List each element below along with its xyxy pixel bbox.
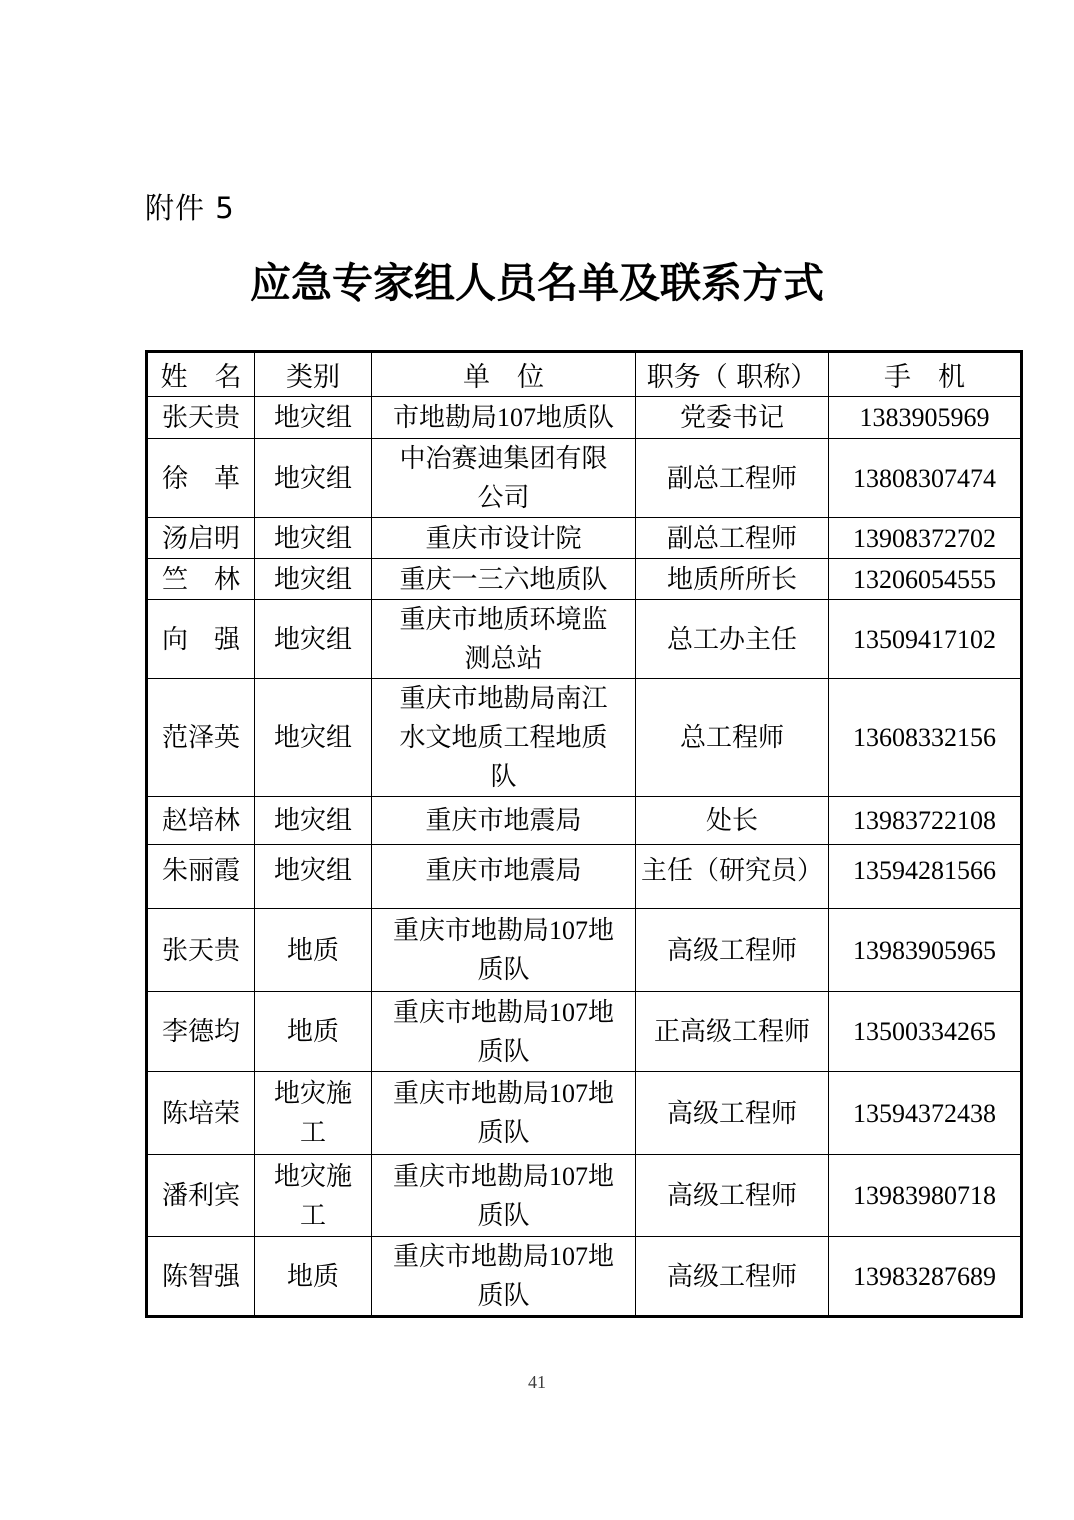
cell-phone: 13983722108 — [829, 797, 1022, 845]
table-row: 朱丽霞地灾组重庆市地震局主任（研究员）13594281566 — [147, 845, 1022, 909]
cell-phone: 13983905965 — [829, 909, 1022, 992]
cell-name: 范泽英 — [147, 679, 255, 797]
cell-unit: 重庆市地勘局107地 质队 — [372, 909, 636, 992]
cell-position: 总工办主任 — [636, 600, 829, 679]
table-row: 赵培林地灾组重庆市地震局处长13983722108 — [147, 797, 1022, 845]
cell-position: 地质所所长 — [636, 559, 829, 600]
table-row: 向 强地灾组重庆市地质环境监 测总站总工办主任13509417102 — [147, 600, 1022, 679]
table-row: 范泽英地灾组重庆市地勘局南江 水文地质工程地质 队总工程师13608332156 — [147, 679, 1022, 797]
cell-name: 竺 林 — [147, 559, 255, 600]
table-header-row: 姓 名类别单 位职务（ 职称）手 机 — [147, 352, 1022, 397]
column-header-phone: 手 机 — [829, 352, 1022, 397]
cell-unit: 重庆市地勘局107地 质队 — [372, 1072, 636, 1155]
cell-position: 处长 — [636, 797, 829, 845]
cell-phone: 13206054555 — [829, 559, 1022, 600]
cell-category: 地灾组 — [255, 679, 372, 797]
table-row: 陈智强地质重庆市地勘局107地 质队高级工程师13983287689 — [147, 1237, 1022, 1317]
cell-category: 地质 — [255, 909, 372, 992]
column-header-position: 职务（ 职称） — [636, 352, 829, 397]
cell-phone: 1383905969 — [829, 397, 1022, 439]
cell-phone: 13594372438 — [829, 1072, 1022, 1155]
cell-unit: 重庆市地勘局107地 质队 — [372, 1237, 636, 1317]
cell-name: 张天贵 — [147, 397, 255, 439]
cell-name: 朱丽霞 — [147, 845, 255, 909]
column-header-name: 姓 名 — [147, 352, 255, 397]
cell-unit: 重庆市地震局 — [372, 797, 636, 845]
table-row: 潘利宾地灾施 工重庆市地勘局107地 质队高级工程师13983980718 — [147, 1155, 1022, 1237]
expert-contacts-table: 姓 名类别单 位职务（ 职称）手 机 张天贵地灾组市地勘局107地质队党委书记1… — [145, 350, 1023, 1318]
cell-phone: 13500334265 — [829, 992, 1022, 1072]
cell-name: 潘利宾 — [147, 1155, 255, 1237]
column-header-category: 类别 — [255, 352, 372, 397]
table-row: 李德均地质重庆市地勘局107地 质队正高级工程师13500334265 — [147, 992, 1022, 1072]
cell-phone: 13983287689 — [829, 1237, 1022, 1317]
cell-category: 地质 — [255, 1237, 372, 1317]
cell-category: 地灾组 — [255, 518, 372, 559]
cell-name: 汤启明 — [147, 518, 255, 559]
cell-unit: 重庆市设计院 — [372, 518, 636, 559]
cell-position: 总工程师 — [636, 679, 829, 797]
cell-unit: 重庆市地勘局南江 水文地质工程地质 队 — [372, 679, 636, 797]
cell-phone: 13908372702 — [829, 518, 1022, 559]
cell-position: 高级工程师 — [636, 909, 829, 992]
cell-name: 陈培荣 — [147, 1072, 255, 1155]
cell-unit: 重庆市地质环境监 测总站 — [372, 600, 636, 679]
cell-category: 地灾组 — [255, 397, 372, 439]
cell-category: 地灾施 工 — [255, 1155, 372, 1237]
cell-position: 高级工程师 — [636, 1072, 829, 1155]
cell-unit: 中冶赛迪集团有限 公司 — [372, 439, 636, 518]
cell-name: 向 强 — [147, 600, 255, 679]
cell-position: 高级工程师 — [636, 1155, 829, 1237]
attachment-label: 附件 5 — [145, 192, 235, 225]
cell-category: 地质 — [255, 992, 372, 1072]
cell-position: 党委书记 — [636, 397, 829, 439]
table-row: 徐 革地灾组中冶赛迪集团有限 公司副总工程师13808307474 — [147, 439, 1022, 518]
cell-unit: 重庆市地震局 — [372, 845, 636, 909]
cell-phone: 13594281566 — [829, 845, 1022, 909]
cell-category: 地灾施 工 — [255, 1072, 372, 1155]
cell-position: 副总工程师 — [636, 518, 829, 559]
cell-category: 地灾组 — [255, 559, 372, 600]
table-row: 陈培荣地灾施 工重庆市地勘局107地 质队高级工程师13594372438 — [147, 1072, 1022, 1155]
column-header-unit: 单 位 — [372, 352, 636, 397]
table-row: 汤启明地灾组重庆市设计院副总工程师13908372702 — [147, 518, 1022, 559]
cell-name: 陈智强 — [147, 1237, 255, 1317]
cell-unit: 重庆一三六地质队 — [372, 559, 636, 600]
cell-position: 主任（研究员） — [636, 845, 829, 909]
cell-phone: 13509417102 — [829, 600, 1022, 679]
cell-position: 高级工程师 — [636, 1237, 829, 1317]
table-row: 张天贵地质重庆市地勘局107地 质队高级工程师13983905965 — [147, 909, 1022, 992]
cell-name: 李德均 — [147, 992, 255, 1072]
page-number: 41 — [0, 1372, 1074, 1393]
cell-phone: 13808307474 — [829, 439, 1022, 518]
cell-category: 地灾组 — [255, 439, 372, 518]
cell-phone: 13608332156 — [829, 679, 1022, 797]
document-page: 附件 5 应急专家组人员名单及联系方式 姓 名类别单 位职务（ 职称）手 机 张… — [0, 0, 1074, 1520]
cell-phone: 13983980718 — [829, 1155, 1022, 1237]
cell-position: 副总工程师 — [636, 439, 829, 518]
table-body: 张天贵地灾组市地勘局107地质队党委书记1383905969徐 革地灾组中冶赛迪… — [147, 397, 1022, 1317]
cell-unit: 重庆市地勘局107地 质队 — [372, 1155, 636, 1237]
cell-unit: 重庆市地勘局107地 质队 — [372, 992, 636, 1072]
cell-name: 徐 革 — [147, 439, 255, 518]
table-row: 竺 林地灾组重庆一三六地质队地质所所长13206054555 — [147, 559, 1022, 600]
cell-name: 张天贵 — [147, 909, 255, 992]
cell-position: 正高级工程师 — [636, 992, 829, 1072]
cell-category: 地灾组 — [255, 600, 372, 679]
page-title: 应急专家组人员名单及联系方式 — [0, 258, 1074, 308]
cell-name: 赵培林 — [147, 797, 255, 845]
cell-category: 地灾组 — [255, 797, 372, 845]
table-row: 张天贵地灾组市地勘局107地质队党委书记1383905969 — [147, 397, 1022, 439]
cell-unit: 市地勘局107地质队 — [372, 397, 636, 439]
cell-category: 地灾组 — [255, 845, 372, 909]
